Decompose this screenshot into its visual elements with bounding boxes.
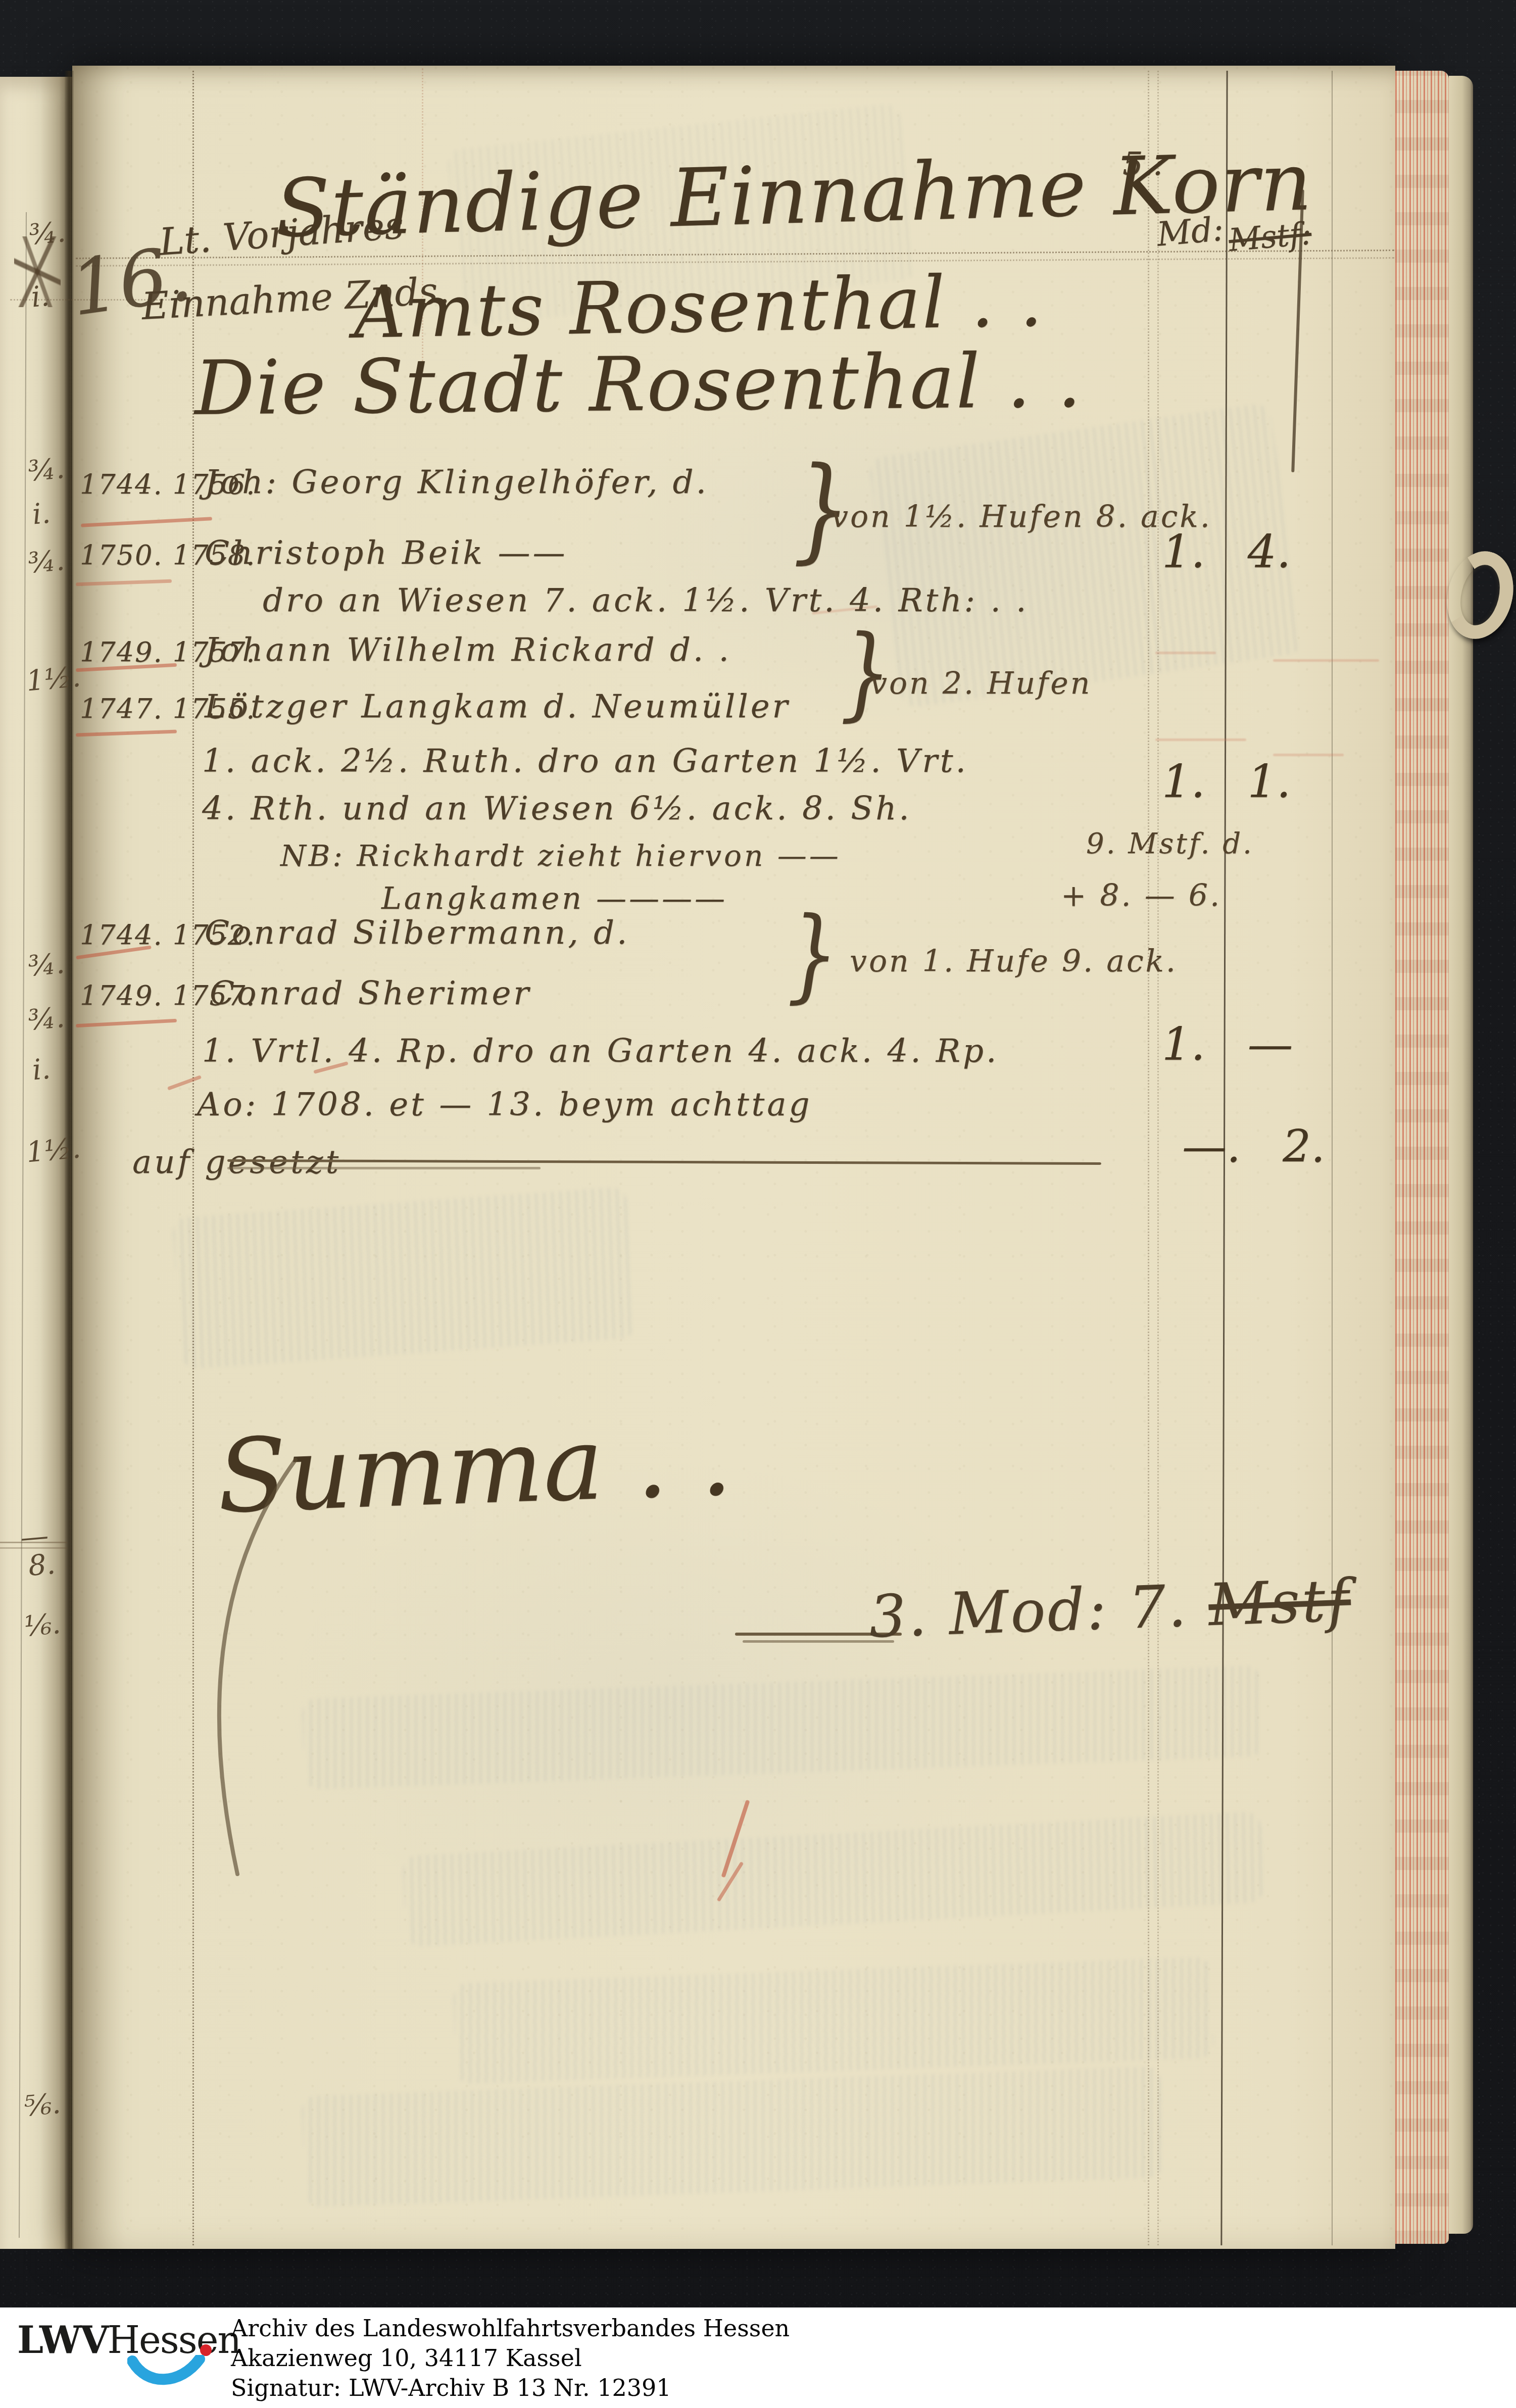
summa-total-amount: 3. Mod: 7.: [868, 1572, 1189, 1651]
ink-bleedthrough: [172, 1187, 637, 1369]
entry-text: Joh: Georg Klingelhöfer, d.: [205, 464, 709, 501]
entry-text: 4. Rth. und an Wiesen 6½. ack. 8. Sh.: [202, 790, 912, 827]
column-rule-figures-a: [1148, 71, 1149, 2245]
strip-mark: 1½.: [25, 1132, 82, 1169]
entry-side-note: 9. Mstf. d.: [1086, 827, 1254, 860]
page-title-line3: Die Stadt Rosenthal . .: [194, 337, 1083, 431]
entry-side-note: + 8. — 6.: [1061, 878, 1221, 913]
closing-rule-echo: [227, 1167, 541, 1169]
figure-value: 1. 4.: [1162, 525, 1291, 578]
summa-total-unit: Mstf: [1207, 1566, 1352, 1639]
book-cover-edge: [1449, 76, 1473, 2234]
entry-text: NB: Rickhardt zieht hiervon ——: [280, 839, 841, 873]
strip-mark: ¾.: [27, 452, 66, 488]
logo-swoosh-icon: [127, 2355, 206, 2391]
red-mark: [1155, 652, 1216, 654]
strip-mark: ⅚.: [23, 2087, 62, 2123]
summa-flourish: [162, 1450, 323, 1894]
archive-address-block: Archiv des Landeswohlfahrtsverbandes Hes…: [231, 2314, 790, 2403]
archive-name-line: Archiv des Landeswohlfahrtsverbandes Hes…: [231, 2314, 790, 2343]
entry-text: auf gesetzt: [132, 1144, 341, 1181]
column-rule-figures-b: [1157, 71, 1159, 2245]
margin-note-mark: 16.: [65, 229, 197, 333]
entry-text: Conrad Silbermann, d.: [205, 914, 629, 952]
strip-mark: 8.: [27, 1548, 57, 1583]
strip-mark: i.: [31, 497, 52, 531]
entry-text: 1. Vrtl. 4. Rp. dro an Garten 4. ack. 4.…: [202, 1033, 999, 1070]
red-mark: [1155, 739, 1246, 741]
strip-mark: i.: [31, 1053, 52, 1087]
strip-mark: ¾.: [27, 1001, 66, 1037]
entry-text: Lötzger Langkam d. Neumüller: [205, 688, 790, 725]
entry-side-note: von 2. Hufen: [870, 666, 1092, 701]
entry-text: dro an Wiesen 7. ack. 1½. Vrt. 4. Rth: .…: [263, 582, 1029, 619]
entry-text: 1. ack. 2½. Ruth. dro an Garten 1½. Vrt.: [202, 743, 968, 780]
crossed-out-scribble: [14, 236, 61, 307]
logo-bold-text: LWV: [17, 2319, 108, 2362]
entry-text: Langkamen ————: [381, 881, 727, 916]
grouping-brace: }: [787, 904, 839, 1005]
strip-mark: 1½.: [25, 660, 82, 698]
entry-side-note: von 1. Hufe 9. ack.: [850, 944, 1178, 979]
entry-text: Conrad Sherimer: [210, 975, 531, 1012]
red-mark: [1273, 659, 1379, 662]
strip-mark: ¾.: [27, 544, 66, 580]
scanned-book-photo: ¾. i. ¾. i. ¾. 1½. ¾. ¾. i. 1½. — 8. ⅙. …: [0, 0, 1516, 2408]
figure-value: 1. 1.: [1162, 755, 1291, 808]
figure-value: —. 2.: [1182, 1120, 1325, 1172]
figure-value: 1. —: [1162, 1018, 1293, 1071]
logo-red-dot-icon: [200, 2344, 212, 2356]
entry-text: Ao: 1708. et — 13. beym achttag: [197, 1086, 812, 1123]
entry-text: Christoph Beik ——: [205, 534, 567, 572]
page-fore-edge-red: [1395, 71, 1449, 2244]
archive-street-line: Akazienweg 10, 34117 Kassel: [231, 2343, 790, 2373]
strip-mark: ⅙.: [23, 1607, 62, 1643]
margin-rule-right: [1332, 71, 1333, 2245]
entry-side-note: von 1½. Hufen 8. ack.: [831, 499, 1212, 534]
unit-column-header-md: Md:: [1155, 209, 1225, 254]
archive-signature-line: Signatur: LWV-Archiv B 13 Nr. 12391: [231, 2373, 790, 2403]
strip-mark: ¾.: [27, 947, 66, 983]
entry-text: Johann Wilhelm Rickard d. .: [205, 631, 731, 669]
